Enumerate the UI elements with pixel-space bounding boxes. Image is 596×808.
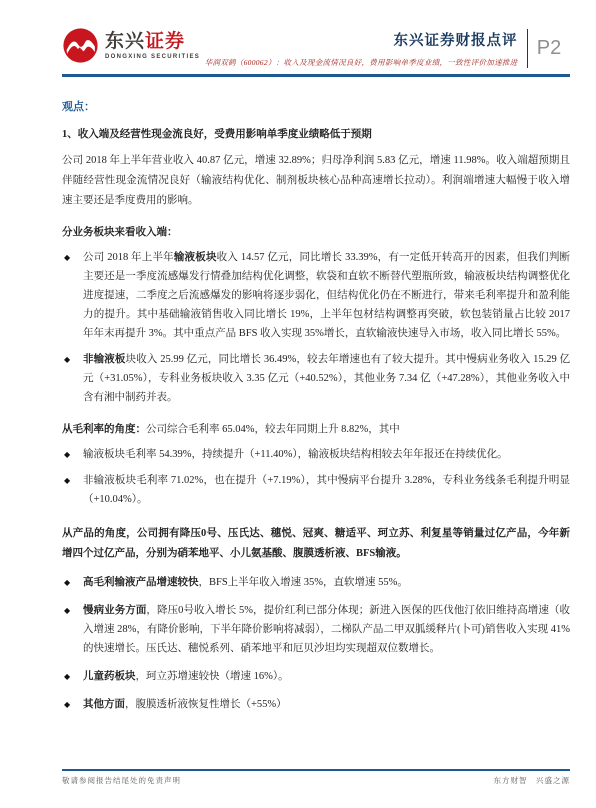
report-type-title: 东兴证券财报点评	[205, 29, 518, 50]
section-heading-1: 1、收入端及经营性现金流良好，受费用影响单季度业绩略低于预期	[62, 125, 570, 145]
brand: 东兴证券 DONGXING SECURITIES	[62, 27, 200, 64]
report-subtitle: 华润双鹤（600062）：收入及现金流情况良好，费用影响单季度业绩，一致性评价加…	[205, 57, 518, 68]
bullet-text-post: 收入 14.57 亿元，同比增长 33.39%，有一定低开转高开的因素，但我们判…	[83, 252, 570, 339]
section-heading-revenue: 分业务板块来看收入端：	[62, 223, 570, 243]
diamond-bullet-icon: ◆	[64, 695, 70, 714]
diamond-bullet-icon: ◆	[64, 471, 70, 490]
bullet-infusion-revenue: ◆公司 2018 年上半年输液板块收入 14.57 亿元，同比增长 33.39%…	[62, 248, 570, 343]
gross-margin-lead-strong: 从毛利率的角度：	[62, 424, 146, 435]
brand-name-en: DONGXING SECURITIES	[105, 54, 200, 60]
bullet-text-post: ，BFS上半年收入增速 35%，直软增速 55%。	[199, 577, 408, 588]
bullet-text-post: ，降压0号收入增长 5%，提价红利已部分体现；新进入医保的匹伐他汀依旧维持高增速…	[83, 605, 570, 654]
bullet-text: 非输液板块毛利率 71.02%，也在提升（+7.19%），其中慢病平台提升 3.…	[83, 475, 570, 505]
diamond-bullet-icon: ◆	[64, 248, 70, 267]
brand-name-cn-dark: 东兴	[105, 31, 145, 52]
brand-text: 东兴证券 DONGXING SECURITIES	[105, 32, 200, 60]
brand-name-cn: 东兴证券	[105, 32, 200, 52]
bullet-text-strong: 其他方面	[83, 699, 125, 710]
diamond-bullet-icon: ◆	[64, 350, 70, 369]
bullet-text-strong: 高毛利输液产品增速较快	[83, 577, 199, 588]
bullet-high-margin-products: ◆高毛利输液产品增速较快，BFS上半年收入增速 35%，直软增速 55%。	[62, 573, 570, 592]
header-rule	[62, 74, 570, 77]
footer-slogan: 东方财智 兴盛之源	[494, 775, 571, 786]
footer-row: 敬请参阅报告结尾处的免责声明 东方财智 兴盛之源	[62, 775, 570, 786]
bullet-others: ◆其他方面，腹膜透析液恢复性增长（+55%）	[62, 695, 570, 714]
header-right: 东兴证券财报点评 华润双鹤（600062）：收入及现金流情况良好，费用影响单季度…	[205, 29, 570, 68]
bullet-infusion-margin: ◆输液板块毛利率 54.39%，持续提升（+11.40%），输液板块结构相较去年…	[62, 445, 570, 464]
report-body: 观点： 1、收入端及经营性现金流良好，受费用影响单季度业绩略低于预期 公司 20…	[62, 97, 570, 714]
gross-margin-lead: 从毛利率的角度：公司综合毛利率 65.04%，较去年同期上升 8.82%，其中	[62, 420, 570, 440]
page-number: P2	[528, 37, 570, 60]
product-paragraph: 从产品的角度，公司拥有降压0号、压氏达、穗悦、冠爽、糖适平、珂立苏、利复星等销量…	[62, 524, 570, 564]
bullet-chronic-disease: ◆慢病业务方面，降压0号收入增长 5%，提价红利已部分体现；新进入医保的匹伐他汀…	[62, 601, 570, 658]
bullet-children-medicine: ◆儿童药板块，珂立苏增速较快（增速 16%）。	[62, 667, 570, 686]
bullet-text-strong: 非输液板	[83, 354, 126, 365]
dongxing-logo-icon	[62, 27, 99, 64]
bullet-text-strong: 输液板块	[174, 252, 217, 263]
brand-name-cn-red: 证券	[145, 31, 185, 52]
diamond-bullet-icon: ◆	[64, 445, 70, 464]
page-footer: 敬请参阅报告结尾处的免责声明 东方财智 兴盛之源	[62, 769, 570, 786]
viewpoint-label: 观点：	[62, 97, 570, 117]
bullet-text-strong: 慢病业务方面	[83, 605, 146, 616]
footer-rule	[62, 769, 570, 771]
bullet-text: 输液板块毛利率 54.39%，持续提升（+11.40%），输液板块结构相较去年年…	[83, 449, 508, 460]
page-header: 东兴证券 DONGXING SECURITIES 东兴证券财报点评 华润双鹤（6…	[62, 27, 570, 68]
summary-paragraph: 公司 2018 年上半年营业收入 40.87 亿元，增速 32.89%；归母净利…	[62, 151, 570, 211]
bullet-text-post: 块收入 25.99 亿元，同比增长 36.49%，较去年增速也有了较大提升。其中…	[83, 354, 570, 403]
bullet-text-strong: 儿童药板块	[83, 671, 136, 682]
diamond-bullet-icon: ◆	[64, 667, 70, 686]
bullet-text-pre: 公司 2018 年上半年	[83, 252, 174, 263]
bullet-text-post: ，珂立苏增速较快（增速 16%）。	[136, 671, 289, 682]
report-page: 东兴证券 DONGXING SECURITIES 东兴证券财报点评 华润双鹤（6…	[0, 0, 596, 808]
diamond-bullet-icon: ◆	[64, 601, 70, 620]
diamond-bullet-icon: ◆	[64, 573, 70, 592]
bullet-noninfusion-margin: ◆非输液板块毛利率 71.02%，也在提升（+7.19%），其中慢病平台提升 3…	[62, 471, 570, 509]
gross-margin-lead-rest: 公司综合毛利率 65.04%，较去年同期上升 8.82%，其中	[146, 424, 400, 435]
footer-disclaimer: 敬请参阅报告结尾处的免责声明	[62, 775, 181, 786]
bullet-noninfusion-revenue: ◆非输液板块收入 25.99 亿元，同比增长 36.49%，较去年增速也有了较大…	[62, 350, 570, 407]
header-titles: 东兴证券财报点评 华润双鹤（600062）：收入及现金流情况良好，费用影响单季度…	[205, 29, 527, 68]
bullet-text-post: ，腹膜透析液恢复性增长（+55%）	[125, 699, 287, 710]
